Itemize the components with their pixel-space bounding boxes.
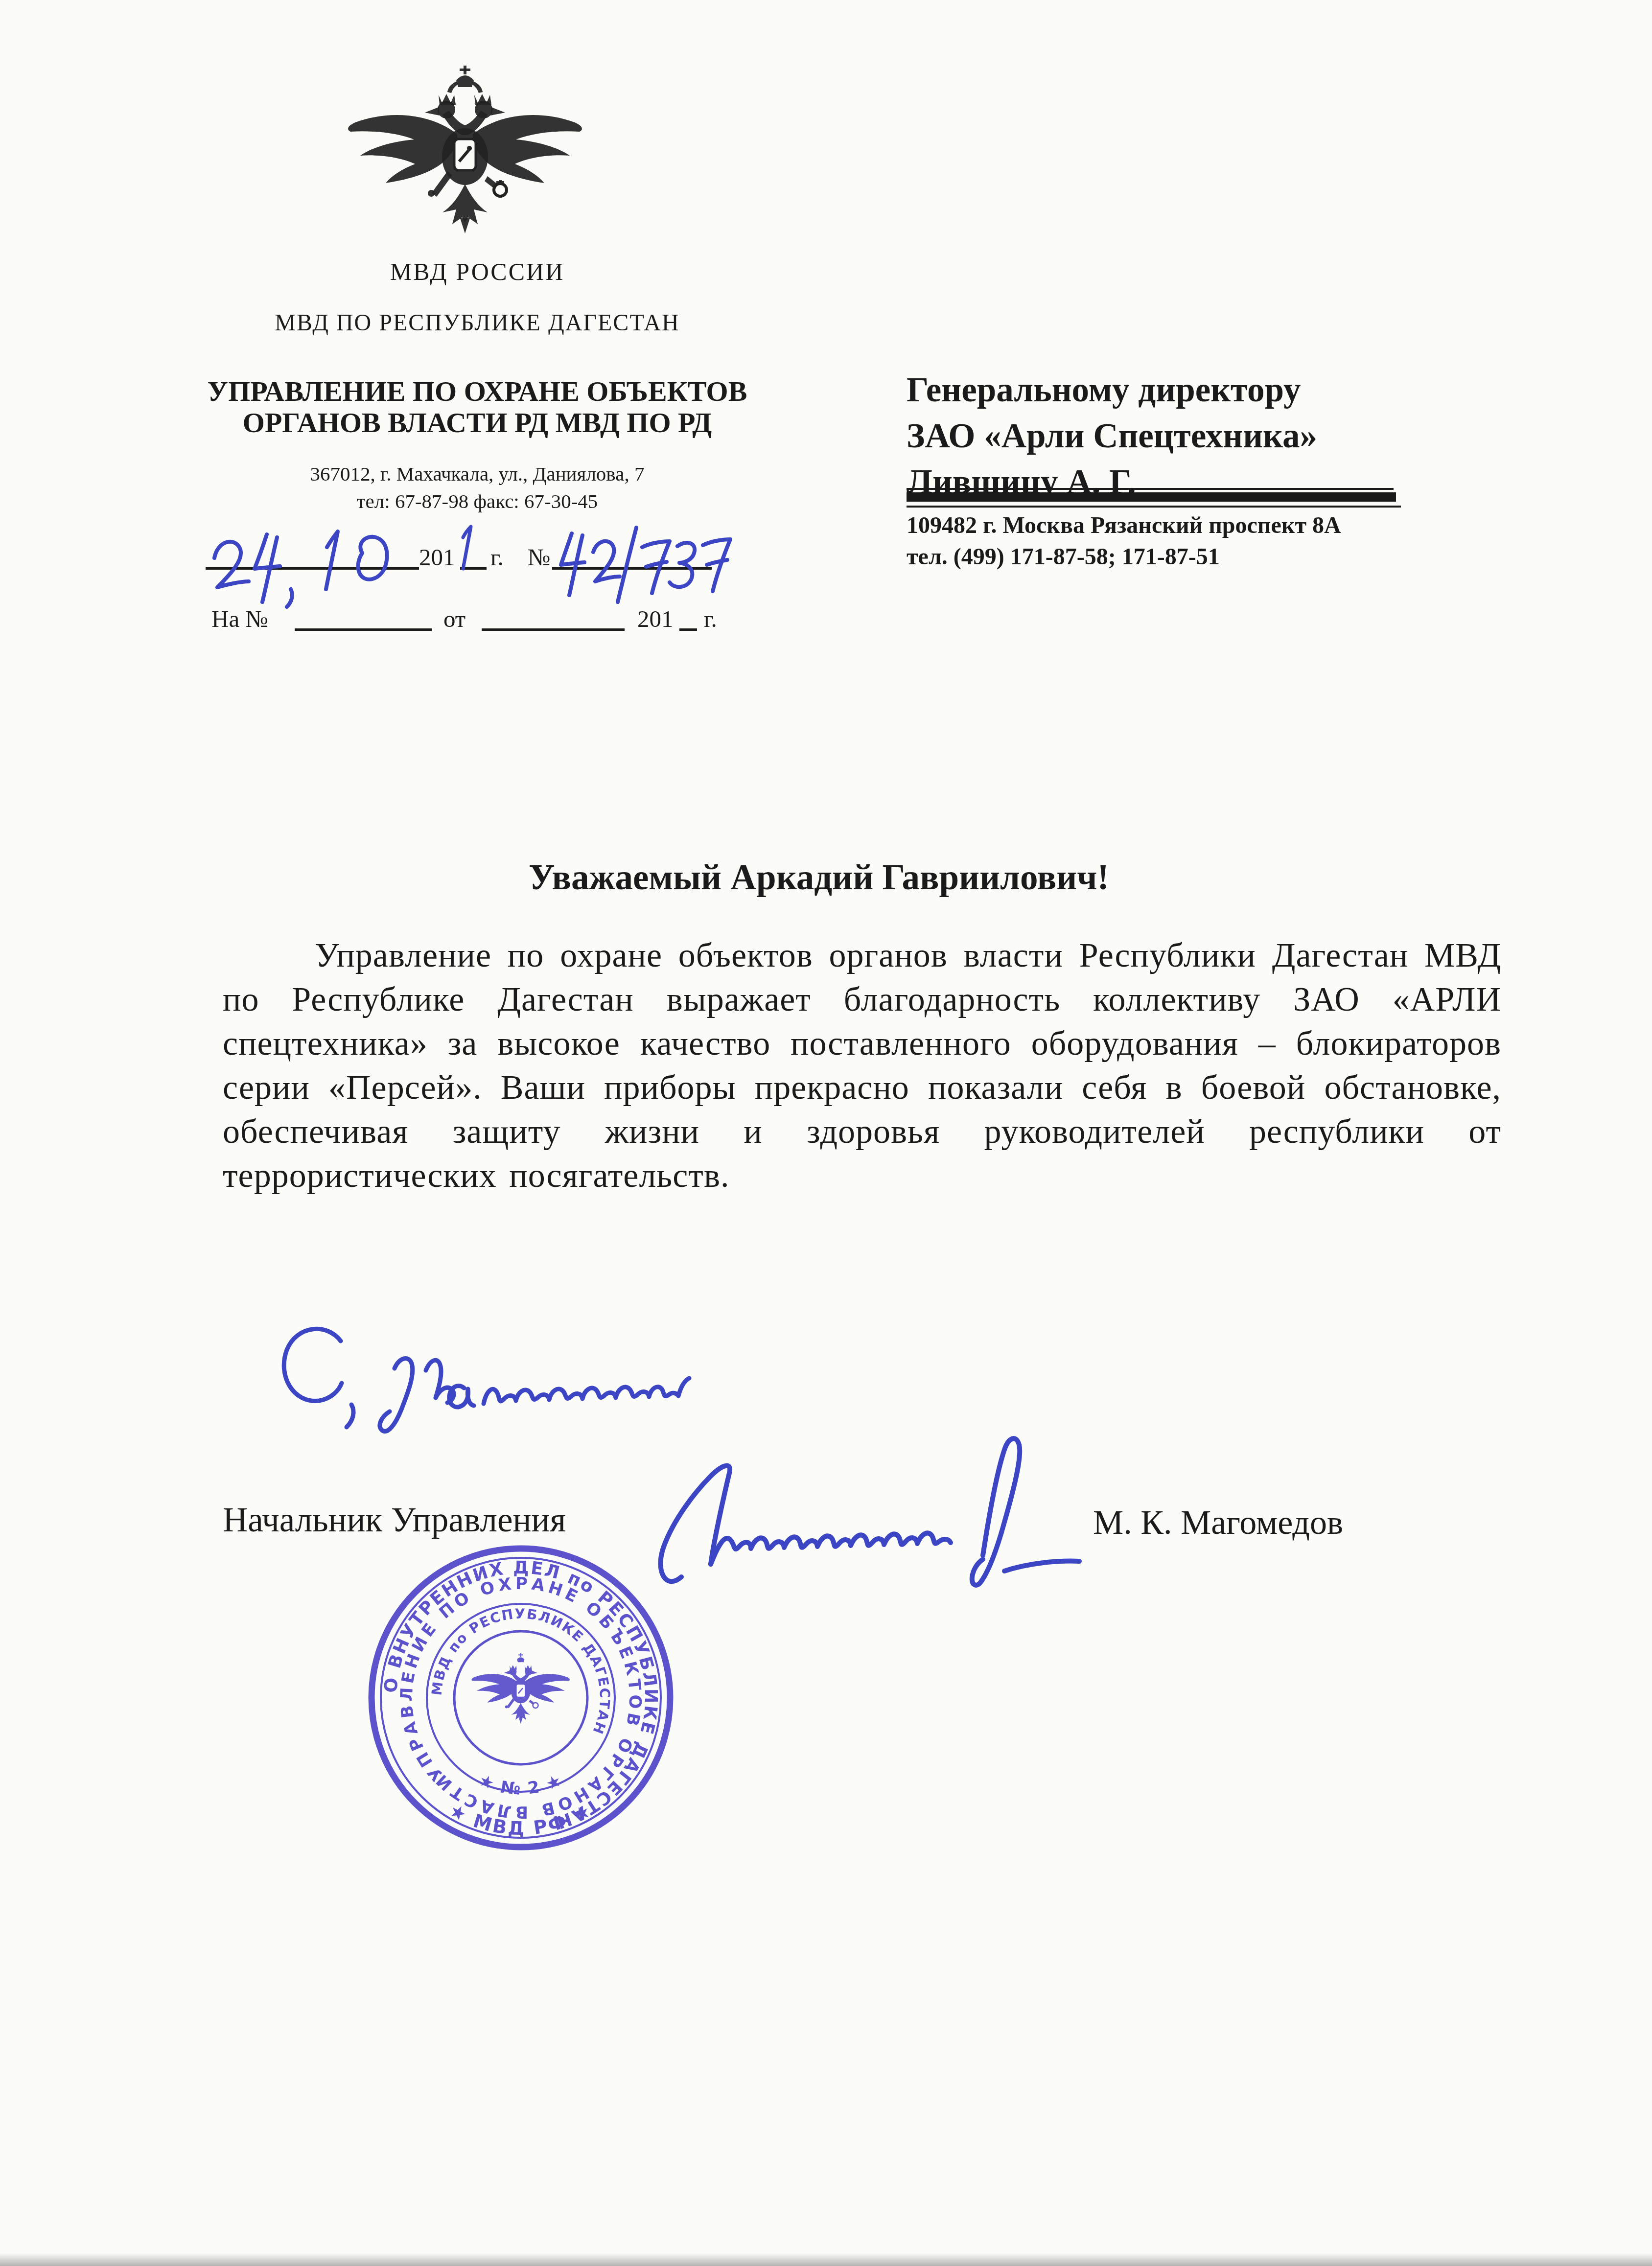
- letterhead-phone-fax: тел: 67-87-98 факс: 67-30-45: [152, 491, 803, 511]
- year-digit-blank: [460, 567, 487, 570]
- official-round-stamp: МИНИСТЕРСТВО ВНУТРЕННИХ ДЕЛ по РЕСПУБЛИК…: [349, 1526, 692, 1869]
- reply-date-blank: [482, 628, 625, 631]
- recipient-underline-thick: [907, 492, 1396, 502]
- recipient-phones: тел. (499) 171-87-58; 171-87-51: [907, 545, 1220, 569]
- mvd-eagle-emblem: [323, 65, 607, 233]
- reply-na-label: На №: [211, 607, 268, 631]
- number-blank-line: [552, 567, 712, 570]
- signer-name: М. К. Магомедов: [1093, 1506, 1343, 1540]
- stamp-center-number: ★ № 2 ★: [476, 1770, 566, 1799]
- recipient-address: 109482 г. Москва Рязанский проспект 8А: [907, 514, 1341, 537]
- letterhead-republic: МВД ПО РЕСПУБЛИКЕ ДАГЕСТАН: [152, 311, 803, 335]
- year-prefix: 201: [419, 545, 455, 569]
- svg-text:★ № 2 ★: ★ № 2 ★: [476, 1770, 566, 1799]
- salutation: Уважаемый Аркадий Гавриилович!: [529, 859, 1109, 895]
- scanned-letter-page: МВД РОССИИ МВД ПО РЕСПУБЛИКЕ ДАГЕСТАН УП…: [0, 0, 1652, 2266]
- recipient-line1: Генеральному директору: [907, 373, 1301, 408]
- handwritten-closing: [284, 1329, 689, 1431]
- letterhead-department-line2: ОРГАНОВ ВЛАСТИ РД МВД ПО РД: [152, 409, 803, 437]
- reply-number-blank: [295, 628, 432, 631]
- handwritten-number: [561, 528, 730, 602]
- letterhead-department-line1: УПРАВЛЕНИЕ ПО ОХРАНЕ ОБЪЕКТОВ: [152, 377, 803, 406]
- recipient-underline-thin-bottom: [907, 506, 1401, 508]
- handwritten-year-digit: [463, 527, 471, 569]
- recipient-underline-thin-top: [907, 488, 1394, 490]
- reply-ot-label: от: [443, 607, 465, 631]
- reply-year: 201: [637, 607, 674, 631]
- signature: [661, 1438, 1079, 1585]
- letterhead-ministry: МВД РОССИИ: [152, 259, 803, 284]
- letter-body-paragraph: Управление по охране объектов органов вл…: [223, 934, 1501, 1198]
- date-blank-line: [206, 567, 419, 570]
- year-suffix: г.: [490, 545, 504, 569]
- stamp-eagle-icon: [471, 1653, 570, 1724]
- recipient-line2: ЗАО «Арли Спецтехника»: [907, 419, 1317, 454]
- reply-year-suffix: г.: [704, 607, 717, 631]
- letterhead-address: 367012, г. Махачкала, ул., Даниялова, 7: [152, 464, 803, 484]
- numero-sign: №: [528, 545, 551, 569]
- reply-year-digit-blank: [679, 628, 697, 631]
